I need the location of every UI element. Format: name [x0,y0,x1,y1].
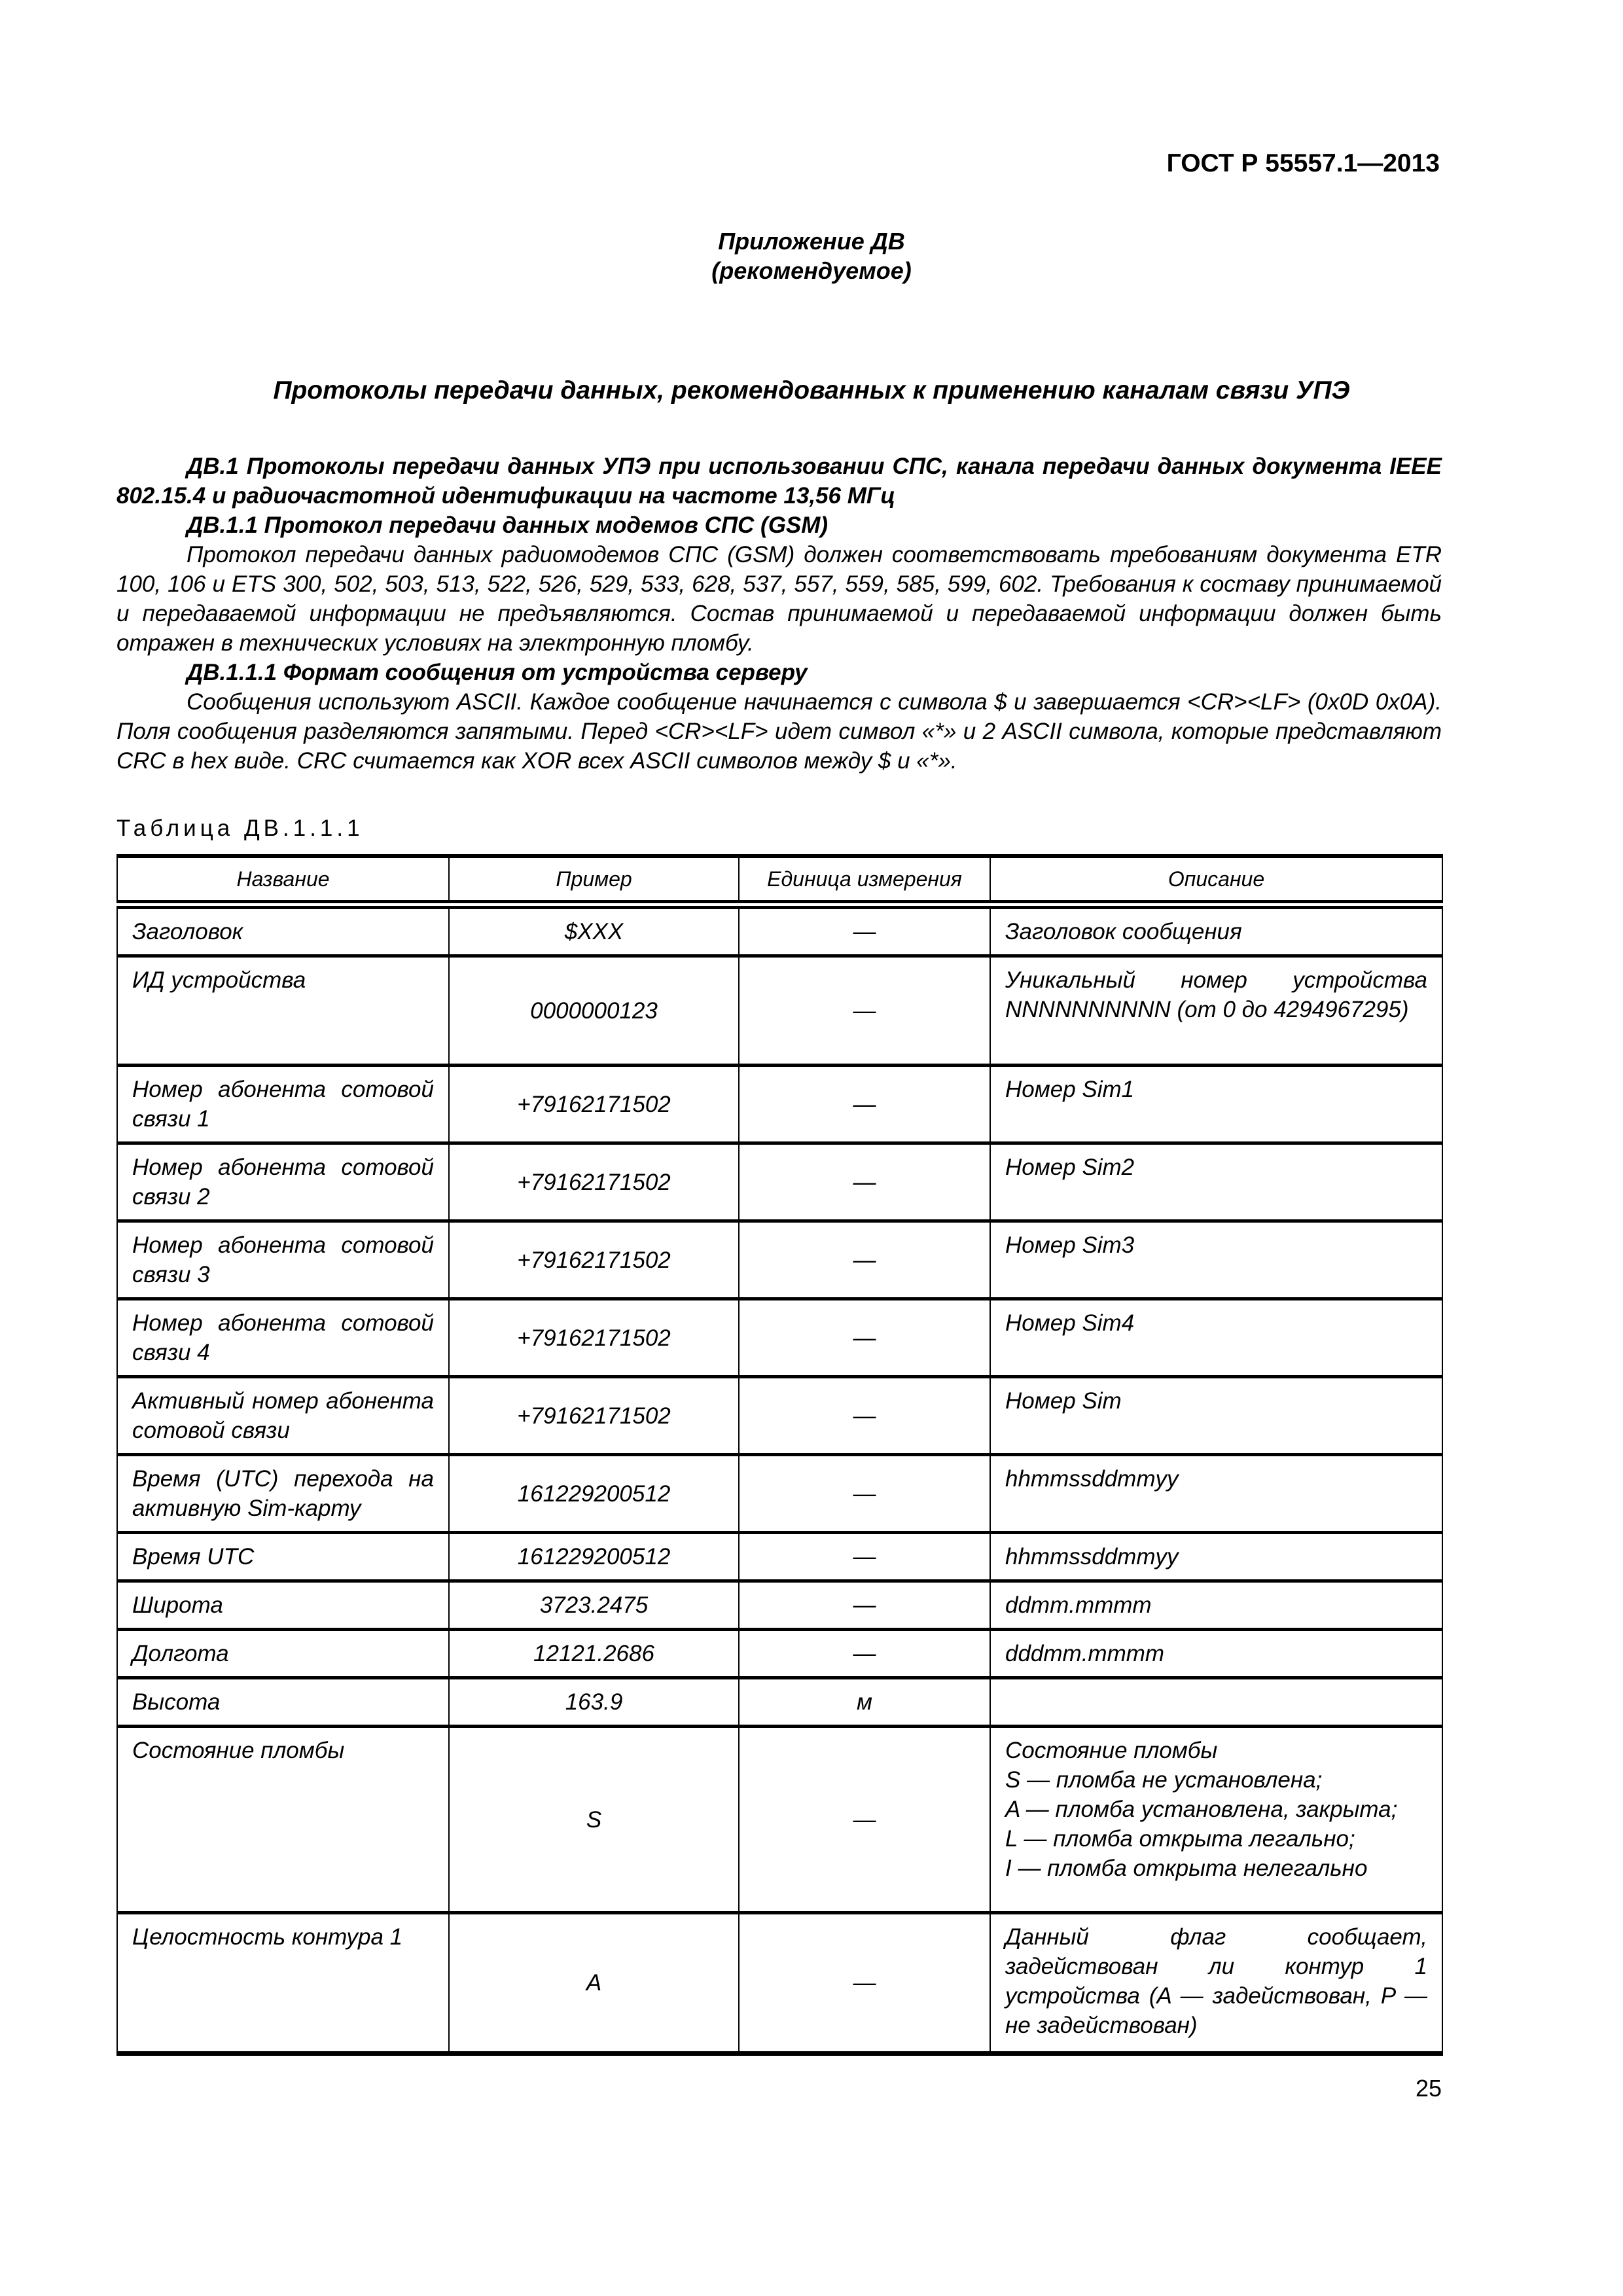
cell-example: 12121.2686 [449,1630,739,1678]
cell-description: Заголовок сообщения [990,905,1442,956]
cell-unit: — [739,1533,990,1581]
description-line: Данный флаг сообщает, задействован ли ко… [1005,1924,1427,2038]
description-line: Заголовок сообщения [1005,919,1242,944]
description-line: Номер Sim [1005,1388,1122,1414]
cell-description: hhmmssddmmyy [990,1455,1442,1533]
description-line: I — пломба открыта нелегально [1005,1854,1427,1883]
cell-name: Время (UTC) перехода на активную Sim-кар… [117,1455,449,1533]
cell-description: Данный флаг сообщает, задействован ли ко… [990,1913,1442,2054]
table-row: ИД устройства0000000123—Уникальный номер… [117,956,1442,1066]
body-text: ДВ.1 Протоколы передачи данных УПЭ при и… [116,452,1442,776]
cell-name: Номер абонента сотовой связи 3 [117,1221,449,1299]
main-title: Протоколы передачи данных, рекомендованн… [0,376,1623,405]
table-row: Номер абонента сотовой связи 2+791621715… [117,1143,1442,1221]
document-code: ГОСТ Р 55557.1—2013 [982,149,1440,178]
cell-name: Состояние пломбы [117,1727,449,1913]
cell-example: $XXX [449,905,739,956]
cell-name: Целостность контура 1 [117,1913,449,2054]
cell-description: Уникальный номер устройства NNNNNNNNNN (… [990,956,1442,1066]
cell-name: Активный номер абонента сотовой связи [117,1377,449,1455]
cell-unit: — [739,956,990,1066]
table-body: Заголовок$XXX—Заголовок сообщенияИД устр… [117,905,1442,2054]
table-row: Состояние пломбыS—Состояние пломбыS — пл… [117,1727,1442,1913]
cell-name: Заголовок [117,905,449,956]
table-header-row: Название Пример Единица измерения Описан… [117,856,1442,905]
description-line: L — пломба открыта легально; [1005,1824,1427,1854]
cell-example: 161229200512 [449,1533,739,1581]
cell-description: hhmmssddmmyy [990,1533,1442,1581]
table-row: Номер абонента сотовой связи 4+791621715… [117,1299,1442,1377]
table-row: Заголовок$XXX—Заголовок сообщения [117,905,1442,956]
cell-description: Номер Sim3 [990,1221,1442,1299]
cell-unit: — [739,1377,990,1455]
cell-name: Высота [117,1678,449,1727]
cell-description: Номер Sim2 [990,1143,1442,1221]
table-row: Широта3723.2475—ddmm.mmmm [117,1581,1442,1630]
cell-name: Широта [117,1581,449,1630]
column-header-example: Пример [449,856,739,905]
description-line: S — пломба не установлена; [1005,1765,1427,1795]
description-line: Уникальный номер устройства NNNNNNNNNN (… [1005,967,1427,1022]
cell-example: +79162171502 [449,1299,739,1377]
cell-name: Время UTC [117,1533,449,1581]
cell-unit: — [739,1066,990,1143]
table-row: Долгота12121.2686—dddmm.mmmm [117,1630,1442,1678]
cell-unit: — [739,905,990,956]
cell-example: +79162171502 [449,1377,739,1455]
description-line: dddmm.mmmm [1005,1641,1164,1666]
cell-description: ddmm.mmmm [990,1581,1442,1630]
cell-name: Номер абонента сотовой связи 2 [117,1143,449,1221]
cell-unit: — [739,1581,990,1630]
cell-example: 0000000123 [449,956,739,1066]
cell-description: Состояние пломбыS — пломба не установлен… [990,1727,1442,1913]
cell-unit: — [739,1143,990,1221]
cell-name: Долгота [117,1630,449,1678]
appendix-title: Приложение ДВ [0,226,1623,256]
description-line: hhmmssddmmyy [1005,1466,1178,1492]
description-line: Номер Sim3 [1005,1232,1134,1258]
description-line: Номер Sim4 [1005,1310,1134,1336]
cell-description: dddmm.mmmm [990,1630,1442,1678]
description-line: Номер Sim2 [1005,1155,1134,1180]
cell-unit: — [739,1630,990,1678]
description-line: hhmmssddmmyy [1005,1544,1178,1570]
table-row: Время (UTC) перехода на активную Sim-кар… [117,1455,1442,1533]
cell-example: +79162171502 [449,1143,739,1221]
cell-name: ИД устройства [117,956,449,1066]
cell-name: Номер абонента сотовой связи 4 [117,1299,449,1377]
cell-example: 3723.2475 [449,1581,739,1630]
cell-example: 163.9 [449,1678,739,1727]
cell-description: Номер Sim [990,1377,1442,1455]
description-line: ddmm.mmmm [1005,1592,1152,1618]
cell-example: 161229200512 [449,1455,739,1533]
cell-example: S [449,1727,739,1913]
appendix-status: (рекомендуемое) [0,256,1623,285]
cell-example: A [449,1913,739,2054]
page-number: 25 [1374,2075,1442,2102]
paragraph-message-format: Сообщения используют ASCII. Каждое сообщ… [116,687,1442,776]
table-caption: Таблица ДВ.1.1.1 [116,816,364,842]
cell-unit: м [739,1678,990,1727]
table-row: Номер абонента сотовой связи 1+791621715… [117,1066,1442,1143]
column-header-name: Название [117,856,449,905]
cell-description: Номер Sim1 [990,1066,1442,1143]
description-line: Состояние пломбы [1005,1736,1427,1765]
paragraph-gsm-protocol: Протокол передачи данных радиомодемов СП… [116,540,1442,658]
cell-unit: — [739,1913,990,2054]
table-row: Время UTC161229200512—hhmmssddmmyy [117,1533,1442,1581]
cell-description [990,1678,1442,1727]
cell-unit: — [739,1299,990,1377]
section-heading-dv1-1-1: ДВ.1.1.1 Формат сообщения от устройства … [116,658,1442,687]
table-row: Номер абонента сотовой связи 3+791621715… [117,1221,1442,1299]
section-heading-dv1: ДВ.1 Протоколы передачи данных УПЭ при и… [116,452,1442,511]
table-row: Целостность контура 1A—Данный флаг сообщ… [117,1913,1442,2054]
section-heading-dv1-1: ДВ.1.1 Протокол передачи данных модемов … [116,511,1442,540]
table-row: Высота163.9м [117,1678,1442,1727]
table-row: Активный номер абонента сотовой связи+79… [117,1377,1442,1455]
cell-unit: — [739,1727,990,1913]
column-header-description: Описание [990,856,1442,905]
description-line: Номер Sim1 [1005,1077,1134,1102]
cell-unit: — [739,1221,990,1299]
cell-example: +79162171502 [449,1066,739,1143]
cell-example: +79162171502 [449,1221,739,1299]
cell-description: Номер Sim4 [990,1299,1442,1377]
cell-name: Номер абонента сотовой связи 1 [117,1066,449,1143]
column-header-unit: Единица измерения [739,856,990,905]
cell-unit: — [739,1455,990,1533]
message-format-table: Название Пример Единица измерения Описан… [116,854,1443,2056]
description-line: A — пломба установлена, закрыта; [1005,1795,1427,1824]
